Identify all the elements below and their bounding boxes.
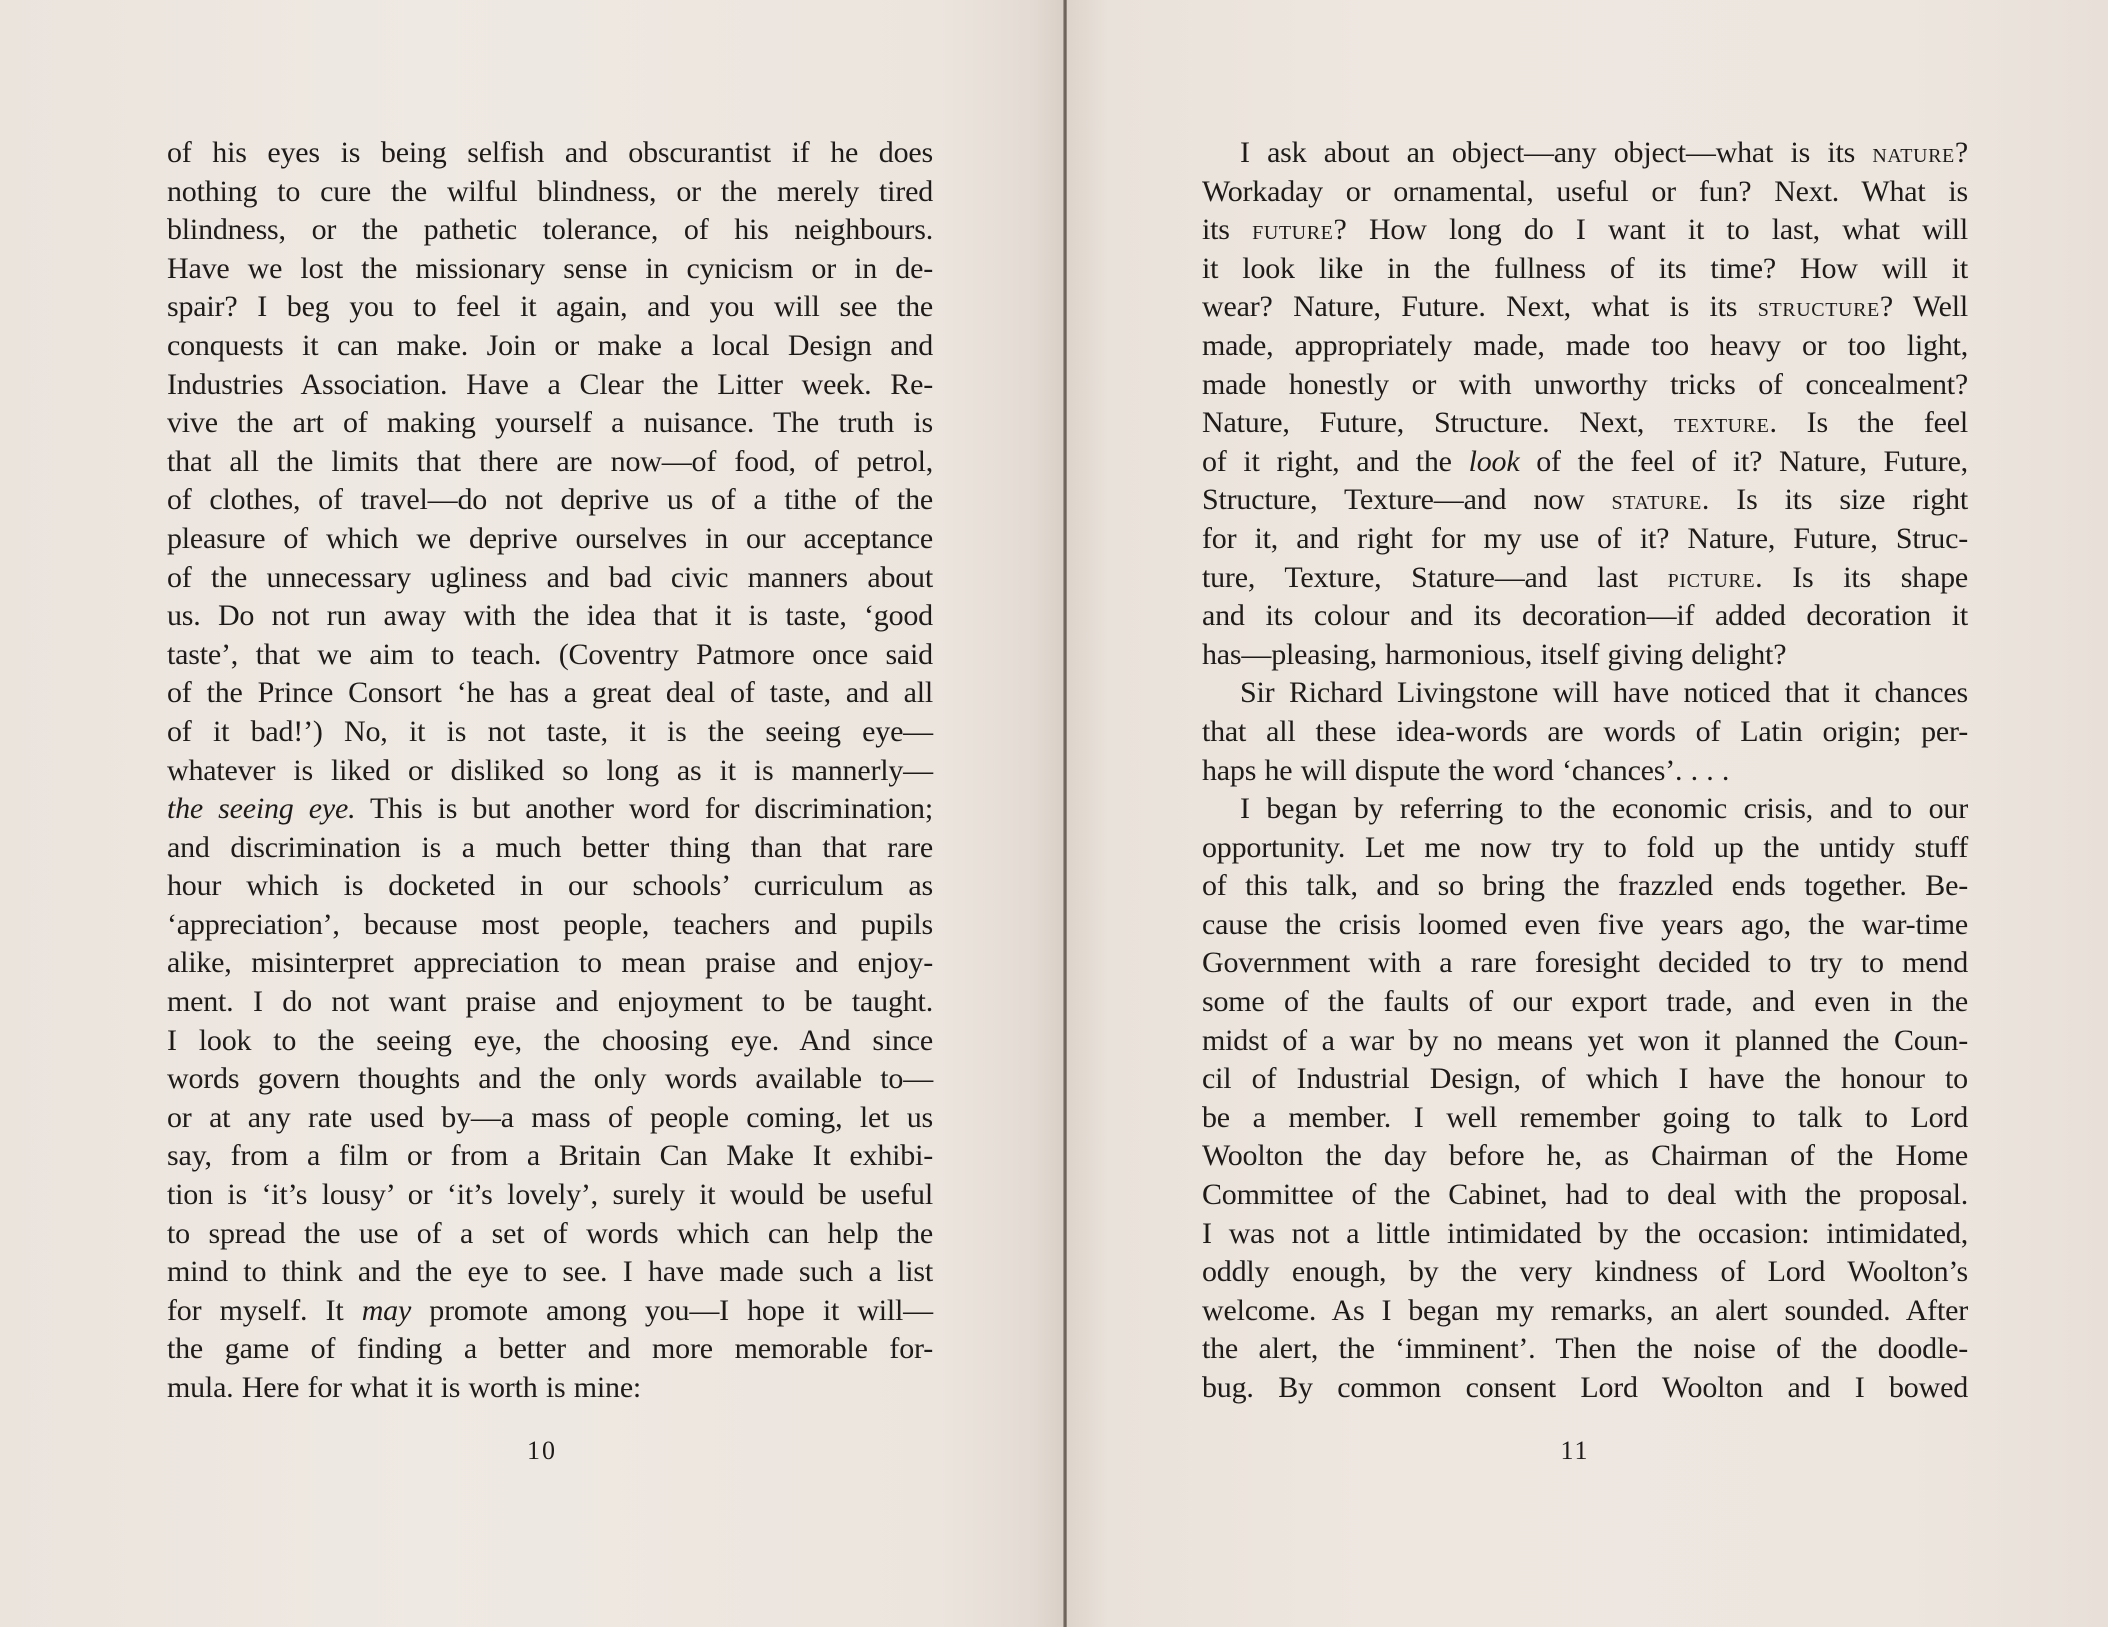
text-line: of this talk, and so bring the frazzled … bbox=[1202, 867, 1968, 906]
text-run: the alert, the ‘imminent’. Then the nois… bbox=[1202, 1332, 1968, 1365]
text-line: blindness, or the pathetic tolerance, of… bbox=[167, 211, 933, 250]
text-run: Committee of the Cabinet, had to deal wi… bbox=[1202, 1178, 1968, 1211]
text-run: . Is its shape bbox=[1755, 561, 1968, 594]
small-caps-term: stature bbox=[1612, 484, 1702, 516]
text-run: ? How long do I want it to last, what wi… bbox=[1333, 213, 1968, 246]
text-line: pleasure of which we deprive ourselves i… bbox=[167, 520, 933, 559]
text-line: hour which is docketed in our schools’ c… bbox=[167, 867, 933, 906]
text-run: conquests it can make. Join or make a lo… bbox=[167, 329, 933, 362]
text-run: ment. I do not want praise and enjoyment… bbox=[167, 985, 933, 1018]
text-run: that all the limits that there are now—o… bbox=[167, 445, 933, 478]
text-run: cil of Industrial Design, of which I hav… bbox=[1202, 1062, 1968, 1095]
italic-emphasis: the seeing eye. bbox=[167, 792, 355, 825]
text-run: Woolton the day before he, as Chairman o… bbox=[1202, 1139, 1968, 1172]
text-run: spair? I beg you to feel it again, and y… bbox=[167, 290, 933, 323]
text-run: Structure, Texture—and now bbox=[1202, 483, 1612, 516]
text-line: haps he will dispute the word ‘chances’.… bbox=[1202, 752, 1968, 791]
text-run: for it, and right for my use of it? Natu… bbox=[1202, 522, 1968, 555]
text-run: I began by referring to the economic cri… bbox=[1240, 792, 1968, 825]
text-run: of his eyes is being selfish and obscura… bbox=[167, 136, 933, 169]
italic-emphasis: look bbox=[1469, 445, 1520, 478]
text-run: Industries Association. Have a Clear the… bbox=[167, 368, 933, 401]
text-run: has—pleasing, harmonious, itself giving … bbox=[1202, 638, 1786, 671]
text-line: of his eyes is being selfish and obscura… bbox=[167, 134, 933, 173]
text-line: cause the crisis loomed even five years … bbox=[1202, 906, 1968, 945]
text-line: wear? Nature, Future. Next, what is its … bbox=[1202, 288, 1968, 327]
text-line: vive the art of making yourself a nuisan… bbox=[167, 404, 933, 443]
text-run: made, appropriately made, made too heavy… bbox=[1202, 329, 1968, 362]
text-line: I began by referring to the economic cri… bbox=[1202, 790, 1968, 829]
text-line: Nature, Future, Structure. Next, texture… bbox=[1202, 404, 1968, 443]
text-run: Have we lost the missionary sense in cyn… bbox=[167, 252, 933, 285]
text-run: and its colour and its decoration—if add… bbox=[1202, 599, 1968, 632]
text-line: for myself. It may promote among you—I h… bbox=[167, 1292, 933, 1331]
text-run: words govern thoughts and the only words… bbox=[167, 1062, 933, 1095]
text-line: its future? How long do I want it to las… bbox=[1202, 211, 1968, 250]
text-line: alike, misinterpret appreciation to mean… bbox=[167, 944, 933, 983]
text-run: haps he will dispute the word ‘chances’.… bbox=[1202, 754, 1729, 787]
text-run: be a member. I well remember going to ta… bbox=[1202, 1101, 1968, 1134]
text-run: promote among you—I hope it will— bbox=[411, 1294, 933, 1327]
text-line: I look to the seeing eye, the choosing e… bbox=[167, 1022, 933, 1061]
text-line: of the Prince Consort ‘he has a great de… bbox=[167, 674, 933, 713]
text-run: ? bbox=[1955, 136, 1968, 169]
text-run: midst of a war by no means yet won it pl… bbox=[1202, 1024, 1968, 1057]
text-line: I was not a little intimidated by the oc… bbox=[1202, 1215, 1968, 1254]
text-run: vive the art of making yourself a nuisan… bbox=[167, 406, 933, 439]
small-caps-term: structure bbox=[1758, 291, 1880, 323]
text-line: of it bad!’) No, it is not taste, it is … bbox=[167, 713, 933, 752]
page-number: 11 bbox=[1535, 1436, 1615, 1466]
text-run: Workaday or ornamental, useful or fun? N… bbox=[1202, 175, 1968, 208]
right-page: I ask about an object—any object—what is… bbox=[1067, 0, 2108, 1627]
text-line: to spread the use of a set of words whic… bbox=[167, 1215, 933, 1254]
text-run: of clothes, of travel—do not deprive us … bbox=[167, 483, 933, 516]
left-page: of his eyes is being selfish and obscura… bbox=[0, 0, 1065, 1627]
small-caps-term: picture bbox=[1668, 562, 1756, 594]
text-line: mind to think and the eye to see. I have… bbox=[167, 1253, 933, 1292]
text-run: bug. By common consent Lord Woolton and … bbox=[1202, 1371, 1968, 1404]
text-line: Government with a rare foresight decided… bbox=[1202, 944, 1968, 983]
page-number: 10 bbox=[502, 1436, 582, 1466]
text-run: I was not a little intimidated by the oc… bbox=[1202, 1217, 1968, 1250]
italic-emphasis: may bbox=[362, 1294, 411, 1327]
text-run: of it right, and the bbox=[1202, 445, 1469, 478]
left-page-body: of his eyes is being selfish and obscura… bbox=[167, 134, 933, 1408]
text-line: of the unnecessary ugliness and bad civi… bbox=[167, 559, 933, 598]
text-run: of it bad!’) No, it is not taste, it is … bbox=[167, 715, 933, 748]
text-line: the seeing eye. This is but another word… bbox=[167, 790, 933, 829]
text-line: say, from a film or from a Britain Can M… bbox=[167, 1137, 933, 1176]
text-run: pleasure of which we deprive ourselves i… bbox=[167, 522, 933, 555]
text-line: ment. I do not want praise and enjoyment… bbox=[167, 983, 933, 1022]
text-run: of the Prince Consort ‘he has a great de… bbox=[167, 676, 933, 709]
text-line: or at any rate used by—a mass of people … bbox=[167, 1099, 933, 1138]
text-line: made, appropriately made, made too heavy… bbox=[1202, 327, 1968, 366]
text-line: Woolton the day before he, as Chairman o… bbox=[1202, 1137, 1968, 1176]
right-page-body: I ask about an object—any object—what is… bbox=[1202, 134, 1968, 1408]
text-line: that all these idea-words are words of L… bbox=[1202, 713, 1968, 752]
text-run: I ask about an object—any object—what is… bbox=[1240, 136, 1872, 169]
text-line: ture, Texture, Stature—and last picture.… bbox=[1202, 559, 1968, 598]
text-run: its bbox=[1202, 213, 1252, 246]
text-run: opportunity. Let me now try to fold up t… bbox=[1202, 831, 1968, 864]
text-run: and discrimination is a much better thin… bbox=[167, 831, 933, 864]
text-run: mind to think and the eye to see. I have… bbox=[167, 1255, 933, 1288]
text-run: whatever is liked or disliked so long as… bbox=[167, 754, 933, 787]
text-run: cause the crisis loomed even five years … bbox=[1202, 908, 1968, 941]
text-line: opportunity. Let me now try to fold up t… bbox=[1202, 829, 1968, 868]
text-line: and discrimination is a much better thin… bbox=[167, 829, 933, 868]
text-line: Industries Association. Have a Clear the… bbox=[167, 366, 933, 405]
text-line: bug. By common consent Lord Woolton and … bbox=[1202, 1369, 1968, 1408]
text-line: oddly enough, by the very kindness of Lo… bbox=[1202, 1253, 1968, 1292]
text-line: made honestly or with unworthy tricks of… bbox=[1202, 366, 1968, 405]
text-line: Have we lost the missionary sense in cyn… bbox=[167, 250, 933, 289]
text-line: for it, and right for my use of it? Natu… bbox=[1202, 520, 1968, 559]
text-line: us. Do not run away with the idea that i… bbox=[167, 597, 933, 636]
text-line: mula. Here for what it is worth is mine: bbox=[167, 1369, 933, 1408]
small-caps-term: future bbox=[1252, 214, 1333, 246]
text-line: cil of Industrial Design, of which I hav… bbox=[1202, 1060, 1968, 1099]
text-run: hour which is docketed in our schools’ c… bbox=[167, 869, 933, 902]
text-run: ‘appreciation’, because most people, tea… bbox=[167, 908, 933, 941]
small-caps-term: nature bbox=[1872, 137, 1955, 169]
text-run: for myself. It bbox=[167, 1294, 362, 1327]
text-run: taste’, that we aim to teach. (Coventry … bbox=[167, 638, 933, 671]
text-line: ‘appreciation’, because most people, tea… bbox=[167, 906, 933, 945]
text-run: of this talk, and so bring the frazzled … bbox=[1202, 869, 1968, 902]
text-run: Sir Richard Livingstone will have notice… bbox=[1240, 676, 1968, 709]
text-line: the game of finding a better and more me… bbox=[167, 1330, 933, 1369]
text-run: of the feel of it? Nature, Future, bbox=[1519, 445, 1968, 478]
text-run: This is but another word for discriminat… bbox=[355, 792, 933, 825]
text-run: or at any rate used by—a mass of people … bbox=[167, 1101, 933, 1134]
text-run: that all these idea-words are words of L… bbox=[1202, 715, 1968, 748]
text-run: ture, Texture, Stature—and last bbox=[1202, 561, 1668, 594]
book-spread: of his eyes is being selfish and obscura… bbox=[0, 0, 2108, 1627]
text-run: welcome. As I began my remarks, an alert… bbox=[1202, 1294, 1968, 1327]
text-line: whatever is liked or disliked so long as… bbox=[167, 752, 933, 791]
text-run: Nature, Future, Structure. Next, bbox=[1202, 406, 1674, 439]
text-line: words govern thoughts and the only words… bbox=[167, 1060, 933, 1099]
text-line: some of the faults of our export trade, … bbox=[1202, 983, 1968, 1022]
text-line: conquests it can make. Join or make a lo… bbox=[167, 327, 933, 366]
text-line: Structure, Texture—and now stature. Is i… bbox=[1202, 481, 1968, 520]
text-line: midst of a war by no means yet won it pl… bbox=[1202, 1022, 1968, 1061]
text-line: the alert, the ‘imminent’. Then the nois… bbox=[1202, 1330, 1968, 1369]
text-run: tion is ‘it’s lousy’ or ‘it’s lovely’, s… bbox=[167, 1178, 933, 1211]
text-run: say, from a film or from a Britain Can M… bbox=[167, 1139, 933, 1172]
text-run: made honestly or with unworthy tricks of… bbox=[1202, 368, 1968, 401]
text-line: Sir Richard Livingstone will have notice… bbox=[1202, 674, 1968, 713]
text-run: wear? Nature, Future. Next, what is its bbox=[1202, 290, 1758, 323]
text-run: oddly enough, by the very kindness of Lo… bbox=[1202, 1255, 1968, 1288]
text-line: spair? I beg you to feel it again, and y… bbox=[167, 288, 933, 327]
text-run: blindness, or the pathetic tolerance, of… bbox=[167, 213, 933, 246]
text-run: Government with a rare foresight decided… bbox=[1202, 946, 1968, 979]
text-line: of it right, and the look of the feel of… bbox=[1202, 443, 1968, 482]
text-line: be a member. I well remember going to ta… bbox=[1202, 1099, 1968, 1138]
text-run: mula. Here for what it is worth is mine: bbox=[167, 1371, 641, 1404]
small-caps-term: texture bbox=[1674, 407, 1769, 439]
text-line: taste’, that we aim to teach. (Coventry … bbox=[167, 636, 933, 675]
text-run: . Is the feel bbox=[1769, 406, 1968, 439]
text-line: I ask about an object—any object—what is… bbox=[1202, 134, 1968, 173]
text-run: it look like in the fullness of its time… bbox=[1202, 252, 1968, 285]
text-run: nothing to cure the wilful blindness, or… bbox=[167, 175, 933, 208]
text-line: Committee of the Cabinet, had to deal wi… bbox=[1202, 1176, 1968, 1215]
text-run: alike, misinterpret appreciation to mean… bbox=[167, 946, 933, 979]
text-run: . Is its size right bbox=[1702, 483, 1968, 516]
text-run: I look to the seeing eye, the choosing e… bbox=[167, 1024, 933, 1057]
text-line: tion is ‘it’s lousy’ or ‘it’s lovely’, s… bbox=[167, 1176, 933, 1215]
text-run: to spread the use of a set of words whic… bbox=[167, 1217, 933, 1250]
text-line: that all the limits that there are now—o… bbox=[167, 443, 933, 482]
text-line: has—pleasing, harmonious, itself giving … bbox=[1202, 636, 1968, 675]
text-run: of the unnecessary ugliness and bad civi… bbox=[167, 561, 933, 594]
text-line: it look like in the fullness of its time… bbox=[1202, 250, 1968, 289]
text-line: nothing to cure the wilful blindness, or… bbox=[167, 173, 933, 212]
text-line: Workaday or ornamental, useful or fun? N… bbox=[1202, 173, 1968, 212]
text-line: welcome. As I began my remarks, an alert… bbox=[1202, 1292, 1968, 1331]
text-run: ? Well bbox=[1880, 290, 1968, 323]
text-run: us. Do not run away with the idea that i… bbox=[167, 599, 933, 632]
text-run: some of the faults of our export trade, … bbox=[1202, 985, 1968, 1018]
text-run: the game of finding a better and more me… bbox=[167, 1332, 933, 1365]
text-line: and its colour and its decoration—if add… bbox=[1202, 597, 1968, 636]
text-line: of clothes, of travel—do not deprive us … bbox=[167, 481, 933, 520]
